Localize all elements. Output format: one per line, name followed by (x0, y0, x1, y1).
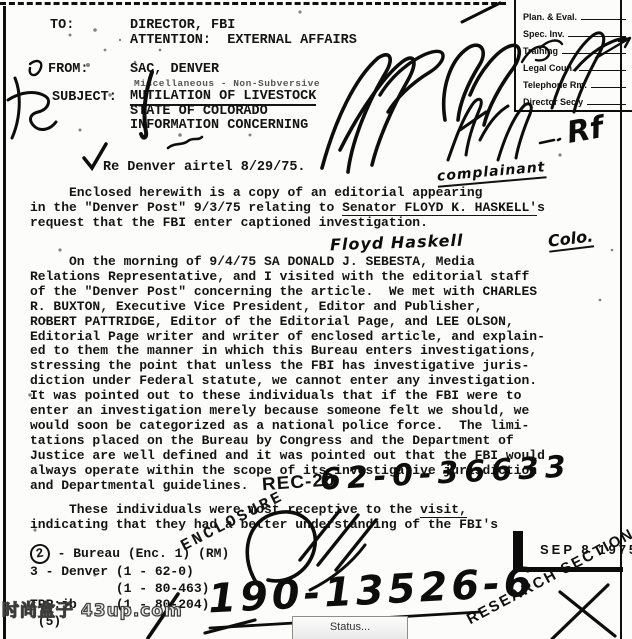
signature-scribble-3 (448, 99, 481, 160)
paragraph-3-underlined: visit, (420, 502, 467, 518)
routing-blank-line (568, 36, 626, 37)
signature-scribble-3 (460, 106, 508, 140)
margin-initials-scribble (8, 78, 56, 138)
signature-scribble-2 (444, 45, 484, 120)
paragraph-1: Enclosed herewith is a copy of an editor… (30, 186, 545, 231)
routing-item-label: Legal Coun. (523, 63, 575, 73)
to-value: DIRECTOR, FBI (130, 18, 235, 33)
status-window-title: Status... (330, 621, 370, 633)
status-window[interactable]: Status... (292, 616, 408, 639)
routing-item-label: Spec. Inv. (523, 29, 564, 39)
margin-initials-scribble (30, 61, 42, 75)
signature-scribble-4 (498, 104, 531, 160)
site-watermark: 时尚盒子 43up.com (2, 596, 183, 621)
routing-row: Legal Coun. (523, 56, 628, 73)
pen-squiggle (168, 137, 202, 148)
from-label: FROM: (48, 62, 89, 77)
subject-line-2: STATE OF COLORADO (130, 104, 268, 119)
top-dashed-border (0, 2, 506, 5)
handwritten-rf-initials: Rf (564, 110, 606, 151)
routing-item-label: Plan. & Eval. (523, 12, 577, 22)
signature-scribble-1 (322, 55, 390, 172)
routing-row: Plan. & Eval. (523, 5, 628, 22)
routing-blank-line (591, 87, 626, 88)
signature-scribble-1 (340, 58, 414, 165)
subject-line-3: INFORMATION CONCERNING (130, 118, 308, 133)
subject-label: SUBJECT: (52, 90, 117, 105)
re-line: Re Denver airtel 8/29/75. (103, 160, 306, 175)
paragraph-1-underlined: Senator FLOYD K. HASKELL' (342, 200, 537, 216)
left-page-border (3, 6, 6, 639)
paragraph-3-text: indicating that they had a better unders… (30, 517, 498, 532)
routing-blank-line (581, 19, 626, 20)
routing-item-label: Telephone Rm. (523, 80, 587, 90)
attention-line: ATTENTION: EXTERNAL AFFAIRS (130, 33, 357, 48)
handwritten-floyd-haskell: Floyd Haskell (330, 231, 464, 255)
routing-blank-line (587, 104, 626, 105)
routing-blank-line (562, 53, 626, 54)
routing-blank-line (579, 70, 627, 71)
routing-row: Director Sec'y (523, 90, 628, 107)
routing-row: Spec. Inv. (523, 22, 628, 39)
pen-mark (462, 3, 500, 22)
scanned-fbi-memo-page: Plan. & Eval. Spec. Inv. Training Legal … (0, 0, 632, 639)
classification-note: Miscellaneous - Non-Subversive (134, 78, 320, 89)
routing-item-label: Training (523, 46, 558, 56)
pen-dash (540, 139, 560, 143)
signature-scribble-2 (470, 45, 519, 125)
from-value: SAC, DENVER (130, 62, 219, 77)
signature-scribble-1 (380, 51, 443, 112)
copy-count-circled: 2 (28, 542, 51, 566)
pen-cross (552, 585, 615, 639)
routing-item-label: Director Sec'y (523, 97, 583, 107)
routing-stamp-box: Plan. & Eval. Spec. Inv. Training Legal … (514, 0, 632, 112)
routing-row: Telephone Rm. (523, 73, 628, 90)
routing-row: Training (523, 39, 628, 56)
to-label: TO: (50, 18, 74, 33)
handwritten-colo: Colo. (547, 226, 595, 252)
handwritten-complainant: complainant (436, 159, 546, 187)
